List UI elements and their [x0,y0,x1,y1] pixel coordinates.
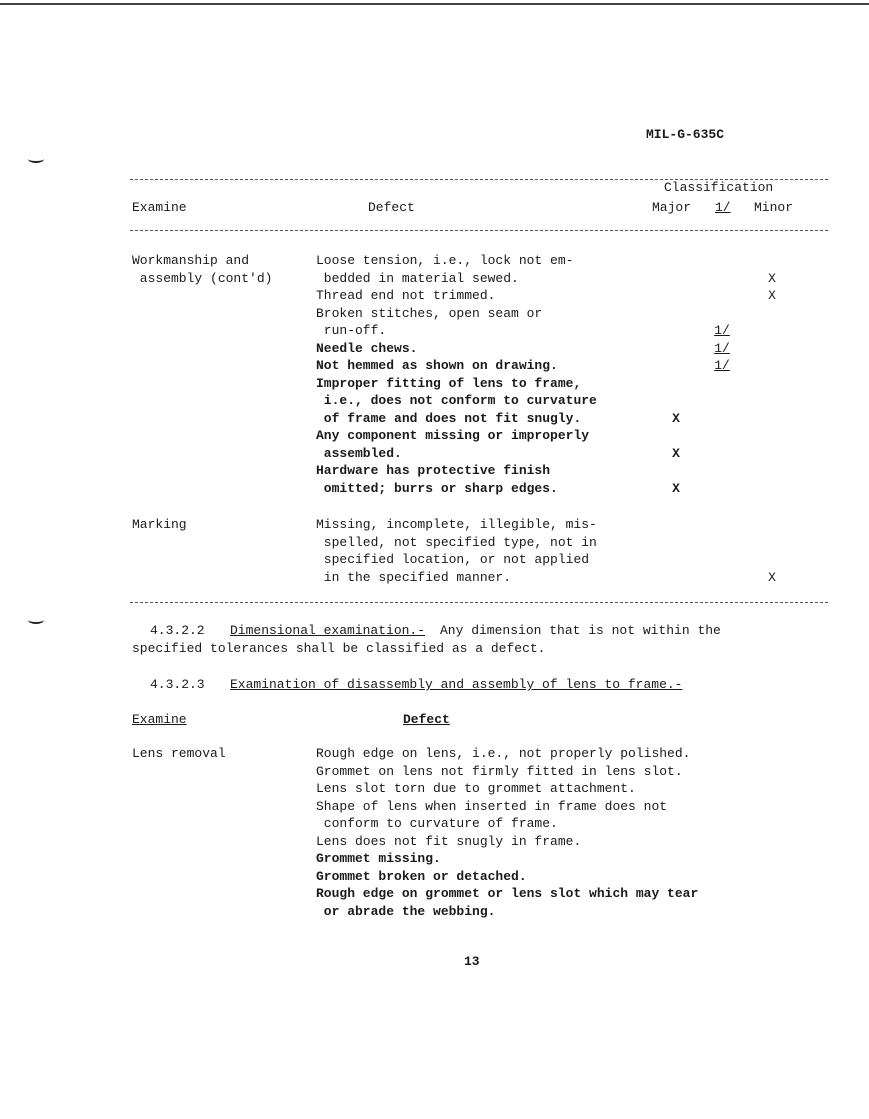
binding-hole-mark [28,155,44,163]
defect-line: Missing, incomplete, illegible, mis- [316,516,597,534]
defect-line: Hardware has protective finish [316,462,550,480]
scan-top-edge [0,3,869,5]
defect-line: Any component missing or improperly [316,427,589,445]
defect-line: spelled, not specified type, not in [316,534,597,552]
examine-workmanship-line1: Workmanship and [132,252,249,270]
paragraph-number: 4.3.2.2 [150,622,205,640]
header-examine: Examine [132,199,187,217]
defect-line: Lens slot torn due to grommet attachment… [316,780,636,798]
paragraph-number: 4.3.2.3 [150,676,205,694]
minor-mark: X [762,569,782,587]
defect-line: assembled. [316,445,402,463]
defect-line: i.e., does not conform to curvature [316,392,597,410]
binding-hole-mark [28,616,44,624]
minor-mark: X [762,287,782,305]
major-mark: X [666,480,686,498]
defect-line: Grommet on lens not firmly fitted in len… [316,763,683,781]
header-footnote: 1/ [715,199,731,217]
defect-line: or abrade the webbing. [316,903,495,921]
defect-line: Improper fitting of lens to frame, [316,375,581,393]
major-mark: X [666,445,686,463]
defect-line: Not hemmed as shown on drawing. [316,357,558,375]
defect-line: bedded in material sewed. [316,270,519,288]
paragraph-text: specified tolerances shall be classified… [132,640,545,658]
paragraph-title: Examination of disassembly and assembly … [230,676,682,694]
defect-line: in the specified manner. [316,569,511,587]
paragraph-text: Any dimension that is not within the [440,622,721,640]
table-header-rule [130,230,828,231]
defect-line: specified location, or not applied [316,551,589,569]
defect-line: Grommet missing. [316,850,441,868]
defect-line: Rough edge on grommet or lens slot which… [316,885,698,903]
footnote-mark: 1/ [712,322,732,340]
paragraph-title: Dimensional examination.- [230,622,425,640]
examine-lens-removal: Lens removal [132,745,226,763]
major-mark: X [666,410,686,428]
header-major: Major [652,199,691,217]
header-minor: Minor [754,199,793,217]
footnote-mark: 1/ [712,340,732,358]
table2-header-defect: Defect [403,711,450,729]
defect-line: Loose tension, i.e., lock not em- [316,252,573,270]
defect-line: Grommet broken or detached. [316,868,527,886]
footnote-mark: 1/ [712,357,732,375]
table2-header-examine: Examine [132,711,187,729]
defect-line: omitted; burrs or sharp edges. [316,480,558,498]
table-bottom-rule [130,602,828,603]
page-number: 13 [464,953,480,971]
defect-line: run-off. [316,322,386,340]
header-defect: Defect [368,199,415,217]
minor-mark: X [762,270,782,288]
examine-workmanship-line2: assembly (cont'd) [132,270,272,288]
header-classification: Classification [664,179,773,197]
examine-marking: Marking [132,516,187,534]
defect-line: conform to curvature of frame. [316,815,558,833]
defect-line: Thread end not trimmed. [316,287,495,305]
defect-line: Shape of lens when inserted in frame doe… [316,798,667,816]
defect-line: Broken stitches, open seam or [316,305,542,323]
defect-line: Needle chews. [316,340,417,358]
document-number: MIL-G-635C [646,126,724,144]
defect-line: Lens does not fit snugly in frame. [316,833,581,851]
defect-line: of frame and does not fit snugly. [316,410,581,428]
defect-line: Rough edge on lens, i.e., not properly p… [316,745,690,763]
